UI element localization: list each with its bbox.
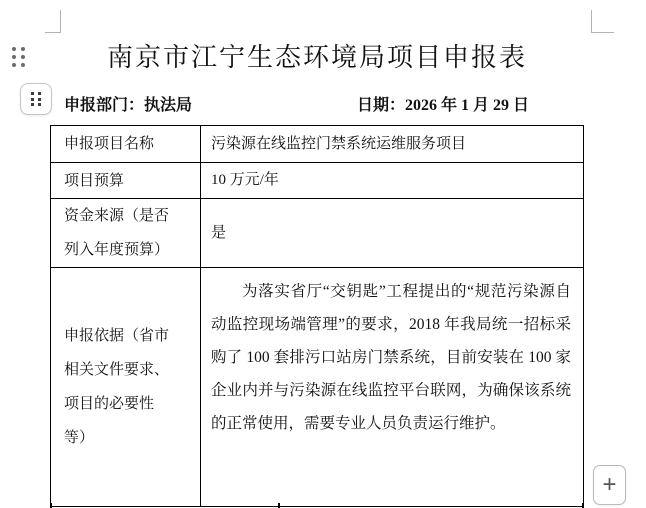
dot-icon [21, 47, 25, 51]
row-value-funding-source[interactable]: 是 [201, 199, 584, 268]
row-label-budget[interactable]: 项目预算 [51, 163, 201, 199]
row-label-basis[interactable]: 申报依据（省市 相关文件要求、 项目的必要性 等） [51, 268, 201, 507]
basis-paragraph: 为落实省厅“交钥匙”工程提出的“规范污染源自动监控现场端管理”的要求，2018 … [211, 275, 571, 440]
department-line[interactable]: 申报部门：执法局 [64, 92, 192, 115]
page-margin-mark-left [45, 10, 61, 33]
next-row-border-stub [582, 503, 584, 508]
add-row-button[interactable]: + [593, 465, 626, 505]
application-form-table: 申报项目名称 污染源在线监控门禁系统运维服务项目 项目预算 10 万元/年 资金… [50, 125, 584, 507]
dot-icon [12, 55, 16, 59]
department-label: 申报部门： [64, 97, 144, 114]
page-margin-mark-right [591, 10, 614, 33]
row-value-project-name[interactable]: 污染源在线监控门禁系统运维服务项目 [201, 126, 584, 163]
date-line[interactable]: 日期：2026 年 1 月 29 日 [357, 92, 529, 115]
row-label-funding-source[interactable]: 资金来源（是否 列入年度预算） [51, 199, 201, 268]
department-value: 执法局 [144, 97, 192, 114]
meta-line: 申报部门：执法局 日期：2026 年 1 月 29 日 [0, 92, 646, 114]
table-row: 资金来源（是否 列入年度预算） 是 [51, 199, 584, 268]
dot-icon [12, 63, 16, 67]
row-value-basis[interactable]: 为落实省厅“交钥匙”工程提出的“规范污染源自动监控现场端管理”的要求，2018 … [201, 268, 584, 507]
dot-icon [12, 47, 16, 51]
plus-icon: + [602, 471, 616, 499]
table-row: 项目预算 10 万元/年 [51, 163, 584, 199]
document-page: 南京市江宁生态环境局项目申报表 申报部门：执法局 日期：2026 年 1 月 2… [0, 0, 646, 508]
table-row: 申报项目名称 污染源在线监控门禁系统运维服务项目 [51, 126, 584, 163]
dot-icon [21, 55, 25, 59]
document-title[interactable]: 南京市江宁生态环境局项目申报表 [50, 37, 584, 71]
date-value: 2026 年 1 月 29 日 [405, 97, 529, 114]
next-row-border-stub [278, 503, 280, 508]
next-row-border-stub [50, 503, 52, 508]
dot-icon [21, 63, 25, 67]
row-value-budget[interactable]: 10 万元/年 [201, 163, 584, 199]
date-label: 日期： [357, 97, 405, 114]
table-row: 申报依据（省市 相关文件要求、 项目的必要性 等） 为落实省厅“交钥匙”工程提出… [51, 268, 584, 507]
drag-handle-icon[interactable] [12, 47, 25, 68]
row-label-project-name[interactable]: 申报项目名称 [51, 126, 201, 163]
